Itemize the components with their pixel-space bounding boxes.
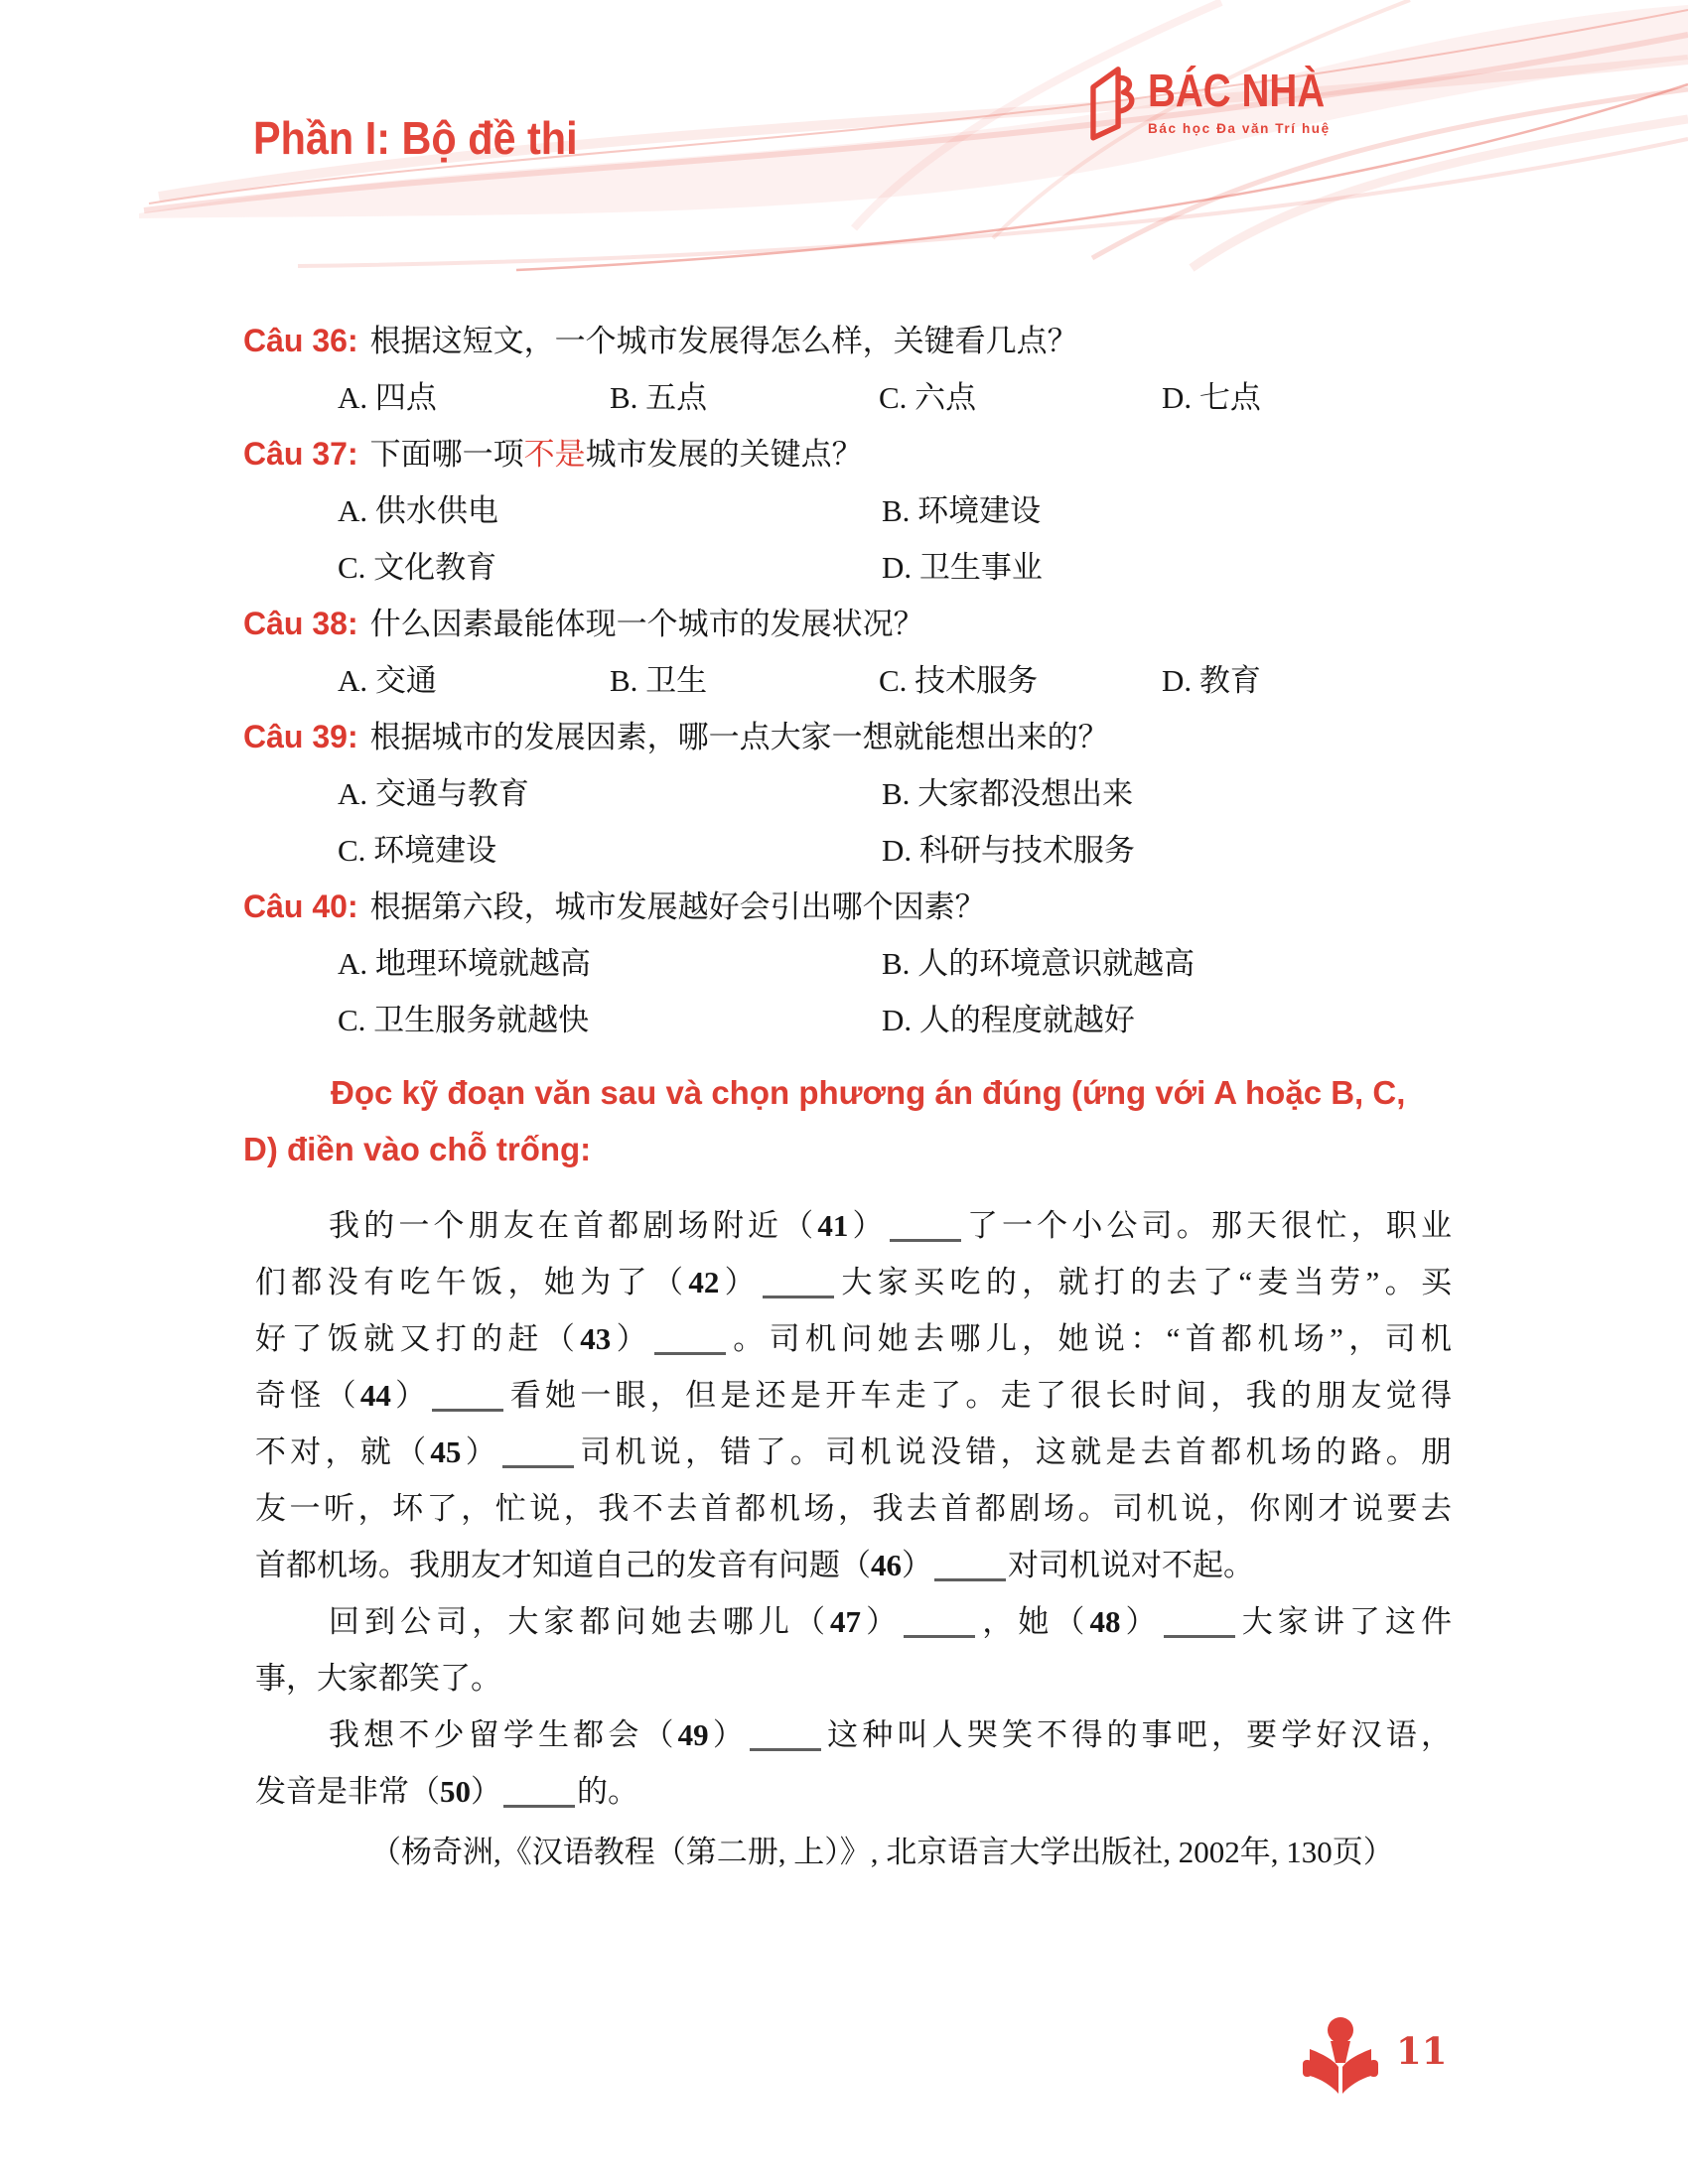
- passage-line-9: 事，大家都笑了。: [255, 1650, 1452, 1706]
- question-text: 下面哪一项不是城市发展的关键点？: [370, 437, 863, 472]
- option-C: C. 文化教育: [338, 539, 496, 596]
- blank-line: [502, 1438, 574, 1468]
- blank-number: （47）: [794, 1604, 902, 1639]
- brand-tagline: Bác học Đa văn Trí huệ: [1148, 121, 1358, 136]
- passage-line-5: 不对，就（45）司机说，错了。司机说没错，这就是去首都机场的路。朋: [255, 1424, 1452, 1480]
- question-label: Câu 37:: [243, 436, 358, 472]
- question-label: Câu 39:: [243, 719, 358, 754]
- question-38: Câu 38:什么因素最能体现一个城市的发展状况？: [243, 596, 1450, 652]
- passage-line-7: 首都机场。我朋友才知道自己的发音有问题（46）对司机说对不起。: [255, 1537, 1452, 1593]
- option-A: A. 地理环境就越高: [338, 935, 591, 992]
- option-C: C. 技术服务: [879, 652, 1038, 709]
- options-row: C. 卫生服务就越快D. 人的程度就越好: [338, 992, 1450, 1048]
- blank-number: （42）: [652, 1265, 761, 1299]
- instruction: Đọc kỹ đoạn văn sau và chọn phương án đú…: [243, 1064, 1450, 1177]
- passage-line-10: 我想不少留学生都会（49）这种叫人哭笑不得的事吧，要学好汉语，: [255, 1706, 1452, 1763]
- option-A: A. 交通与教育: [338, 765, 529, 822]
- question-text: 根据城市的发展因素，哪一点大家一想就能想出来的？: [370, 720, 1109, 754]
- option-B: B. 五点: [610, 369, 707, 426]
- question-40: Câu 40:根据第六段，城市发展越好会引出哪个因素？: [243, 879, 1450, 935]
- question-label: Câu 36:: [243, 323, 358, 358]
- options-row: A. 供水供电B. 环境建设: [338, 482, 1450, 539]
- question-label: Câu 40:: [243, 888, 358, 924]
- blank-line: [1164, 1608, 1235, 1638]
- blank-number: （41）: [782, 1208, 888, 1243]
- option-B: B. 人的环境意识就越高: [882, 935, 1195, 992]
- option-A: A. 供水供电: [338, 482, 498, 539]
- options-row: C. 环境建设D. 科研与技术服务: [338, 822, 1450, 879]
- blank-line: [904, 1608, 975, 1638]
- instruction-line-2: D) điền vào chỗ trống:: [243, 1121, 1450, 1177]
- blank-line: [503, 1778, 575, 1808]
- option-C: C. 卫生服务就越快: [338, 992, 589, 1048]
- passage-line-11: 发音是非常（50）的。: [255, 1763, 1452, 1820]
- brand-name: BÁC NHÀ: [1148, 68, 1325, 113]
- options-row: A. 四点B. 五点C. 六点D. 七点: [338, 369, 1450, 426]
- option-D: D. 科研与技术服务: [882, 822, 1135, 879]
- page-title: Phần I: Bộ đề thi: [253, 111, 578, 165]
- options-row: A. 交通B. 卫生C. 技术服务D. 教育: [338, 652, 1450, 709]
- question-37: Câu 37:下面哪一项不是城市发展的关键点？: [243, 426, 1450, 482]
- reader-icon: [1303, 2015, 1378, 2097]
- options-row: A. 交通与教育B. 大家都没想出来: [338, 765, 1450, 822]
- instruction-line-1: Đọc kỹ đoạn văn sau và chọn phương án đú…: [243, 1064, 1450, 1121]
- questions: Câu 36:根据这短文，一个城市发展得怎么样，关键看几点？A. 四点B. 五点…: [243, 313, 1450, 1048]
- blank-line: [763, 1269, 834, 1298]
- blank-line: [890, 1212, 961, 1242]
- blank-number: （49）: [643, 1717, 749, 1752]
- blank-number: （50）: [409, 1774, 501, 1809]
- blank-line: [654, 1325, 726, 1355]
- question-label: Câu 38:: [243, 606, 358, 641]
- passage-line-4: 奇怪（44）看她一眼，但是还是开车走了。走了很长时间，我的朋友觉得: [255, 1367, 1452, 1424]
- option-D: D. 七点: [1162, 369, 1261, 426]
- passage-line-2: 们都没有吃午饭，她为了（42）大家买吃的，就打的去了“麦当劳”。买: [255, 1254, 1452, 1310]
- option-C: C. 环境建设: [338, 822, 496, 879]
- question-text: 根据第六段，城市发展越好会引出哪个因素？: [370, 889, 986, 924]
- content: Câu 36:根据这短文，一个城市发展得怎么样，关键看几点？A. 四点B. 五点…: [243, 313, 1450, 1880]
- option-D: D. 人的程度就越好: [882, 992, 1135, 1048]
- citation: （杨奇洲,《汉语教程（第二册, 上）》, 北京语言大学出版社, 2002年, 1…: [370, 1824, 1450, 1880]
- blank-number: （45）: [395, 1434, 500, 1469]
- option-D: D. 卫生事业: [882, 539, 1043, 596]
- options-row: C. 文化教育D. 卫生事业: [338, 539, 1450, 596]
- blank-number: （46）: [840, 1548, 932, 1582]
- blank-line: [934, 1552, 1006, 1581]
- question-text: 根据这短文，一个城市发展得怎么样，关键看几点？: [370, 324, 1078, 358]
- option-B: B. 大家都没想出来: [882, 765, 1133, 822]
- bac-nha-logo-icon: [1084, 62, 1136, 143]
- passage-line-6: 友一听，坏了，忙说，我不去首都机场，我去首都剧场。司机说，你刚才说要去: [255, 1480, 1452, 1537]
- passage: 我的一个朋友在首都剧场附近（41）了一个小公司。那天很忙，职业们都没有吃午饭，她…: [255, 1197, 1452, 1820]
- question-36: Câu 36:根据这短文，一个城市发展得怎么样，关键看几点？: [243, 313, 1450, 369]
- option-A: A. 四点: [338, 369, 437, 426]
- passage-line-1: 我的一个朋友在首都剧场附近（41）了一个小公司。那天很忙，职业: [255, 1197, 1452, 1254]
- option-D: D. 教育: [1162, 652, 1261, 709]
- brand-logo: BÁC NHÀ Bác học Đa văn Trí huệ: [1084, 62, 1358, 143]
- passage-line-8: 回到公司，大家都问她去哪儿（47），她（48）大家讲了这件: [255, 1593, 1452, 1650]
- blank-number: （48）: [1054, 1604, 1161, 1639]
- page-number: 11: [1396, 2029, 1448, 2073]
- option-C: C. 六点: [879, 369, 976, 426]
- passage-line-3: 好了饭就又打的赶（43）。司机问她去哪儿，她说：“首都机场”，司机: [255, 1310, 1452, 1367]
- blank-number: （44）: [326, 1378, 431, 1413]
- blank-number: （43）: [544, 1321, 652, 1356]
- question-39: Câu 39:根据城市的发展因素，哪一点大家一想就能想出来的？: [243, 709, 1450, 765]
- blank-line: [750, 1721, 821, 1751]
- option-B: B. 卫生: [610, 652, 707, 709]
- blank-line: [432, 1382, 503, 1412]
- option-A: A. 交通: [338, 652, 437, 709]
- question-text: 什么因素最能体现一个城市的发展状况？: [370, 607, 924, 641]
- options-row: A. 地理环境就越高B. 人的环境意识就越高: [338, 935, 1450, 992]
- option-B: B. 环境建设: [882, 482, 1041, 539]
